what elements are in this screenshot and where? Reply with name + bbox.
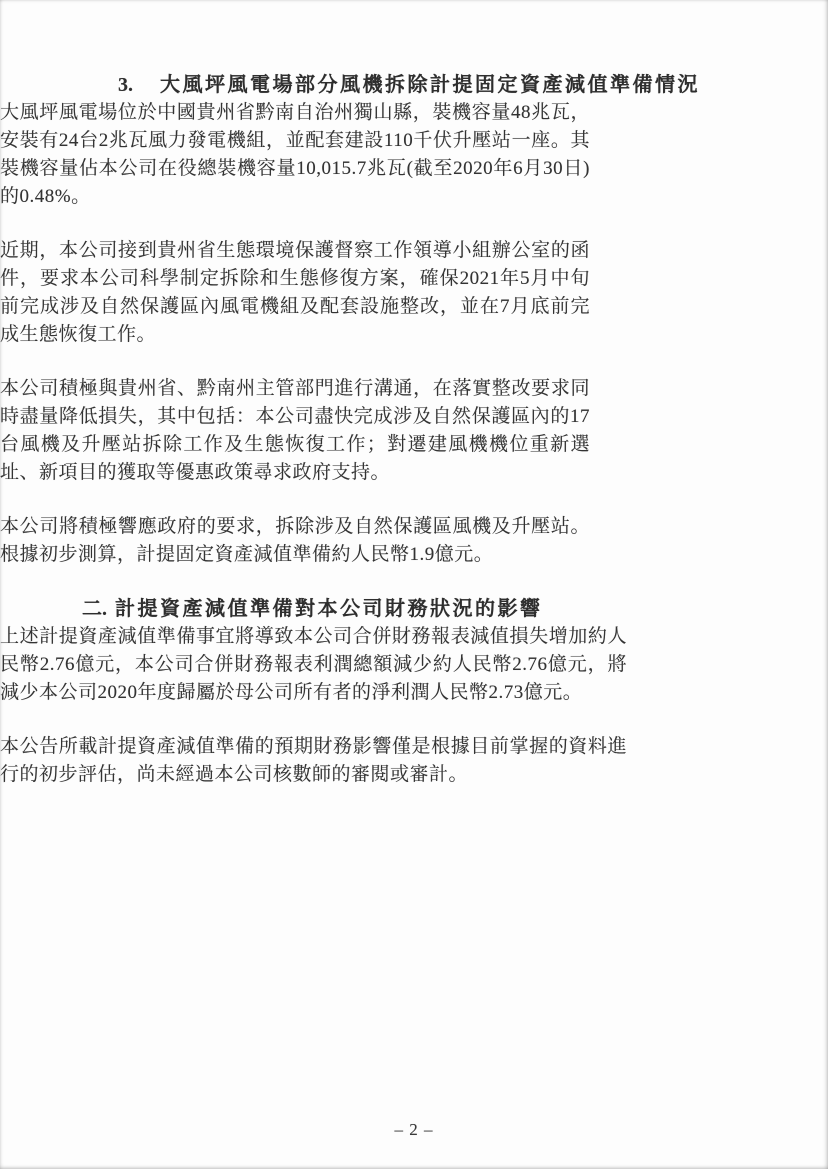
paragraph-financial-impact: 上述計提資產減值準備事宜將導致本公司合併財務報表減值損失增加約人民幣2.76億元… [0,623,627,707]
paragraph-unaudited-disclaimer: 本公告所載計提資產減值準備的預期財務影響僅是根據目前掌握的資料進行的初步評估，尚… [0,733,627,789]
page-footer: – 2 – [0,1118,828,1142]
section-3-wind-farm-impairment: 3. 大風坪風電場部分風機拆除計提固定資產減值準備情況 大風坪風電場位於中國貴州… [0,71,828,569]
document-page: 3. 大風坪風電場部分風機拆除計提固定資產減值準備情況 大風坪風電場位於中國貴州… [0,0,828,1169]
section-3-number: 3. [118,71,160,99]
paragraph-impairment-estimate: 本公司將積極響應政府的要求，拆除涉及自然保護區風機及升壓站。根據初步測算，計提固… [0,513,590,569]
section-2-financial-impact: 二. 計提資產減值準備對本公司財務狀況的影響 上述計提資產減值準備事宜將導致本公… [0,595,828,789]
section-2-number: 二. [82,595,115,623]
section-2-title: 計提資產減值準備對本公司財務狀況的影響 [115,595,543,623]
page-number: – 2 – [395,1120,434,1139]
paragraph-government-letter: 近期，本公司接到貴州省生態環境保護督察工作領導小組辦公室的函件，要求本公司科學制… [0,237,590,349]
section-3-title: 大風坪風電場部分風機拆除計提固定資產減值準備情況 [160,71,700,99]
paragraph-communication-measures: 本公司積極與貴州省、黔南州主管部門進行溝通，在落實整改要求同時盡量降低損失，其中… [0,375,590,487]
paragraph-wind-farm-overview: 大風坪風電場位於中國貴州省黔南自治州獨山縣，裝機容量48兆瓦，安裝有24台2兆瓦… [0,99,590,211]
section-2-heading: 二. 計提資產減值準備對本公司財務狀況的影響 [82,595,828,623]
section-3-heading: 3. 大風坪風電場部分風機拆除計提固定資產減值準備情況 [118,71,828,99]
